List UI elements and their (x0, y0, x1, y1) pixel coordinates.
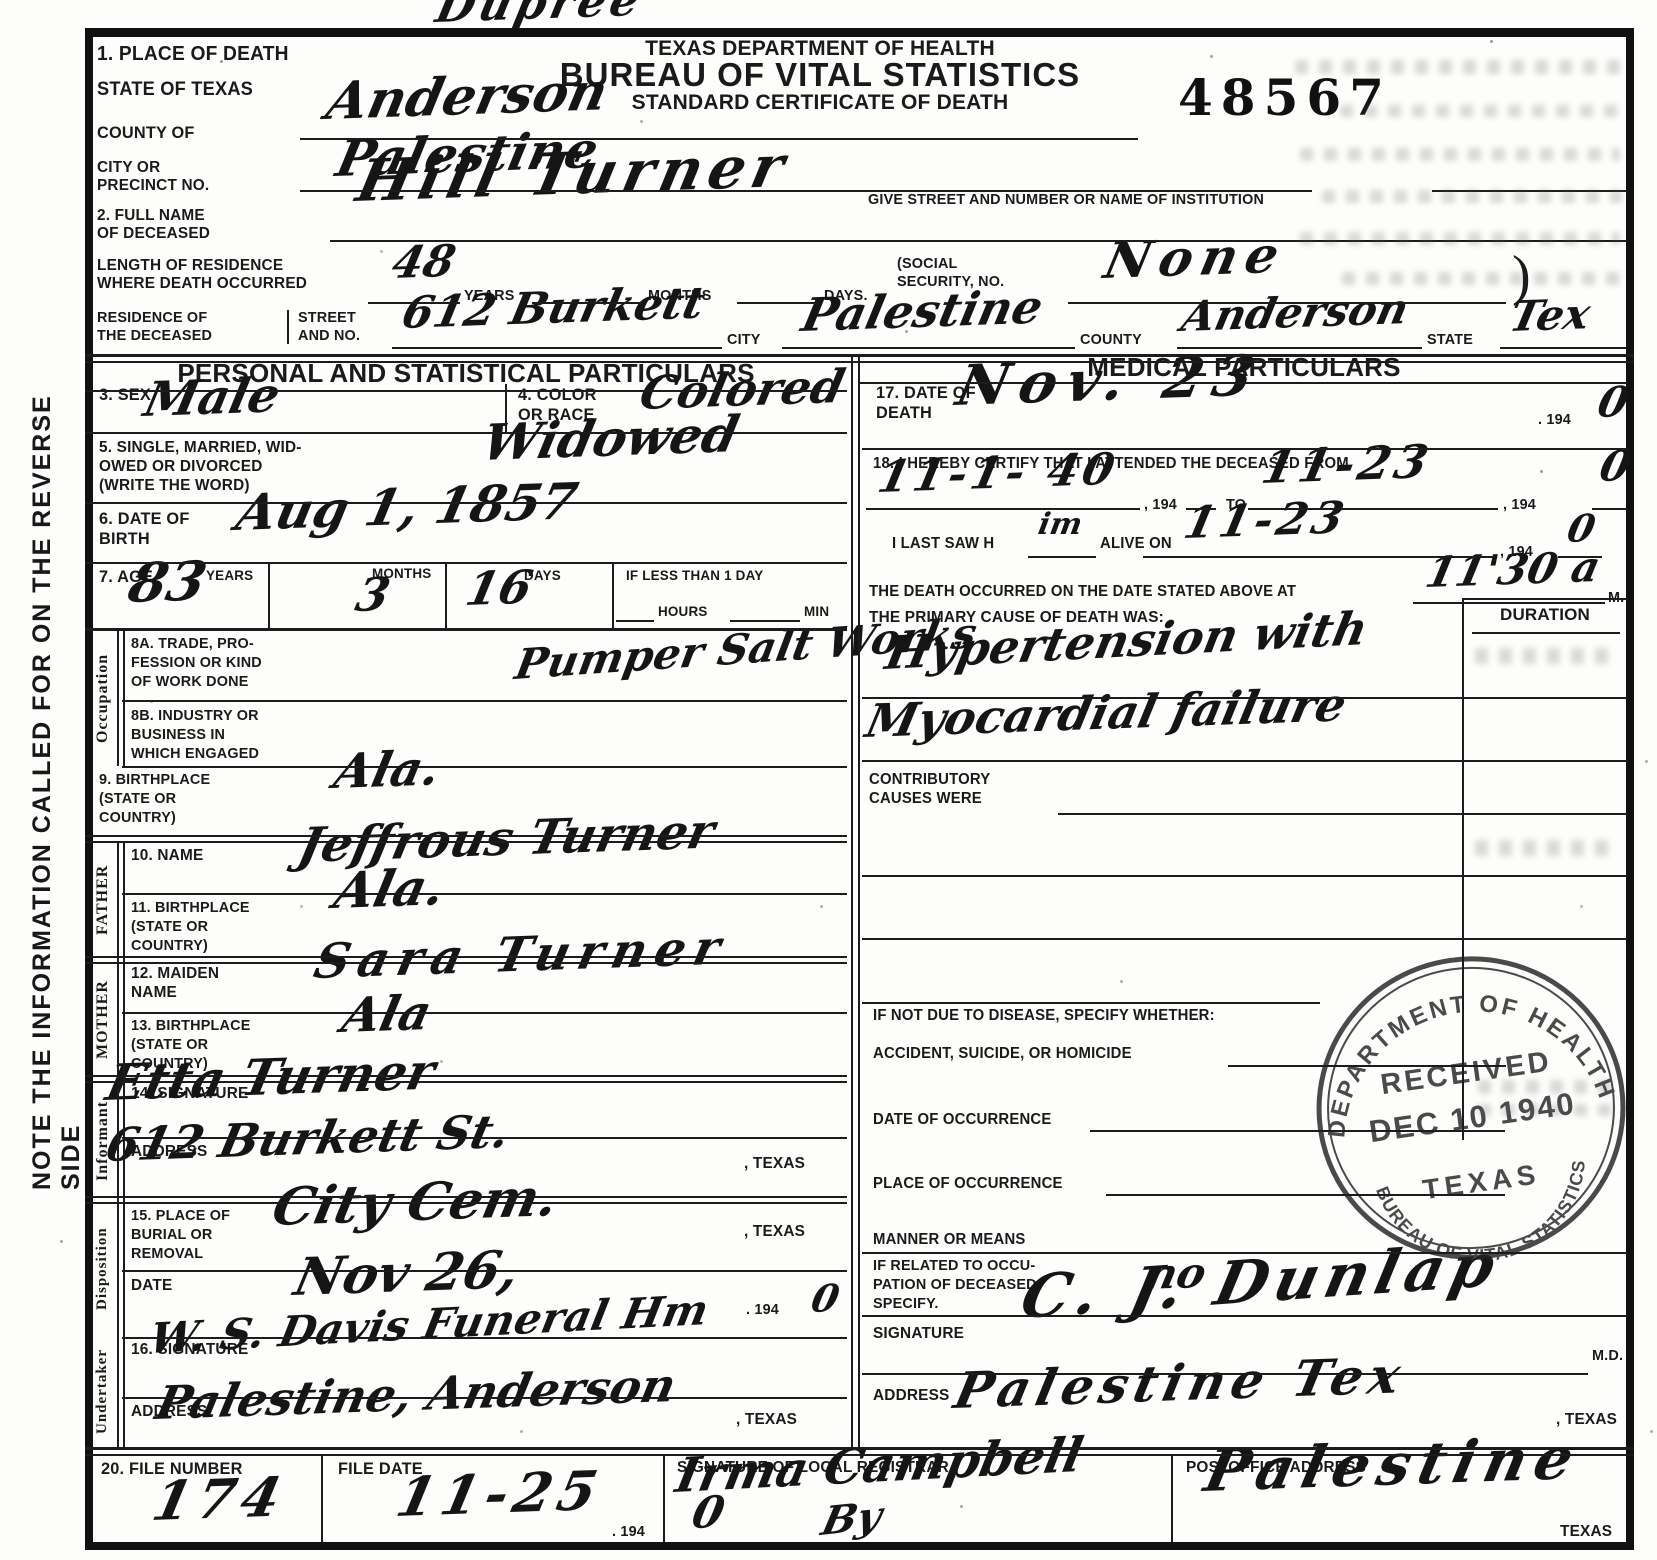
form-border-bottom (85, 1542, 1634, 1550)
rule-line (1028, 556, 1096, 558)
fullname-label-line1: 2. FULL NAME (97, 208, 205, 225)
marital-label-line3: (WRITE THE WORD) (99, 478, 250, 495)
state-of-texas-label: STATE OF TEXAS (97, 80, 253, 100)
mother-name-label-line2: NAME (131, 985, 177, 1002)
rule-line (123, 628, 125, 766)
smudge (1322, 190, 1622, 203)
rule-line (268, 562, 270, 628)
rule-line (122, 700, 847, 702)
place-occurrence-label: PLACE OF OCCURRENCE (873, 1176, 1063, 1192)
occupation-group-label: Occupation (94, 634, 118, 762)
rule-line (85, 962, 847, 964)
form-border-top (85, 28, 1634, 37)
lastsaw-label-1: I LAST SAW H (892, 536, 994, 552)
marital-label-line1: 5. SINGLE, MARRIED, WID- (99, 440, 302, 457)
rule-line (1090, 1130, 1505, 1132)
rule-line (85, 432, 847, 434)
dod-194-label: . 194 (1538, 412, 1571, 428)
father-bp-value-handwriting: Ala. (330, 862, 449, 916)
dob-label-line2: BIRTH (99, 530, 150, 548)
undertaker-texas-label: , TEXAS (736, 1412, 797, 1429)
certificate-number: 48567 (1178, 68, 1392, 127)
rule-line (663, 1454, 665, 1542)
trade-label-line2: FESSION OR KIND (131, 655, 262, 671)
rule-line (85, 1196, 847, 1198)
father-bp-label-line2: (STATE OR (131, 919, 208, 935)
rule-line (85, 841, 847, 843)
city2-value-handwriting: Palestine (798, 284, 1047, 338)
sex-value-handwriting: Male (140, 371, 284, 424)
residence-years-handwriting: 48 (388, 240, 459, 286)
smudge (1478, 1080, 1618, 1094)
disposition-year-handwriting: 0 (808, 1279, 843, 1318)
street-label-line2: AND NO. (298, 328, 360, 344)
color-label-line1: 4. COLOR (518, 386, 597, 404)
age-years-label: YEARS (206, 568, 253, 583)
rule-line (860, 382, 1628, 384)
related-label-line1: IF RELATED TO OCCU- (873, 1258, 1035, 1274)
smudge (1475, 648, 1615, 664)
rule-line (122, 1012, 847, 1014)
rule-line (862, 938, 1628, 940)
rule-line (287, 310, 289, 344)
related-label-line3: SPECIFY. (873, 1296, 939, 1312)
age-days-handwriting: 16 (462, 564, 536, 612)
registrar-signature-handwriting: Irma Campbell (672, 1431, 1087, 1500)
rule-line (392, 347, 722, 349)
rule-line (1143, 556, 1495, 558)
rule-line (85, 502, 847, 504)
fullname-label-line2: OF DECEASED (97, 226, 210, 243)
rule-line (122, 1270, 847, 1272)
residence-of-label-line2: THE DECEASED (97, 328, 212, 344)
rule-line (321, 1454, 323, 1542)
smudge (1475, 840, 1615, 856)
disposition-group-label: Disposition (94, 1208, 118, 1330)
rule-line (1413, 602, 1605, 604)
sex-label: 3. SEX (99, 386, 151, 404)
ifnot-label: IF NOT DUE TO DISEASE, SPECIFY WHETHER: (873, 1008, 1215, 1024)
birthplace9-label-line3: COUNTRY) (99, 810, 176, 826)
date-occurrence-label: DATE OF OCCURRENCE (873, 1112, 1051, 1128)
contributory-label-line2: CAUSES WERE (869, 791, 982, 807)
rule-line (117, 841, 119, 1447)
residence-length-label-line2: WHERE DEATH OCCURRED (97, 276, 307, 293)
duration-label: DURATION (1462, 606, 1628, 624)
undertaker-address-handwriting: Palestine, Anderson (152, 1362, 680, 1426)
burial-label-line2: BURIAL OR (131, 1227, 212, 1243)
dob-label-line1: 6. DATE OF (99, 510, 189, 528)
institution-note-label: GIVE STREET AND NUMBER OR NAME OF INSTIT… (868, 192, 1264, 208)
rule-line (1472, 632, 1620, 634)
smudge (1340, 105, 1625, 117)
disposition-date-handwriting: Nov 26, (290, 1244, 524, 1304)
rule-line (737, 302, 819, 304)
mother-name-label-line1: 12. MAIDEN (131, 966, 219, 983)
rule-line (1177, 347, 1422, 349)
physician-address-label: ADDRESS (873, 1388, 949, 1405)
file-number-handwriting: 174 (148, 1469, 291, 1528)
burial-texas-label: , TEXAS (744, 1224, 805, 1241)
rule-line (862, 1315, 1628, 1317)
rule-line (85, 1081, 847, 1083)
certify-194b-label: , 194 (1503, 497, 1536, 513)
lastsaw-label-2: ALIVE ON (1100, 536, 1172, 552)
father-bp-label-line3: COUNTRY) (131, 938, 208, 954)
rule-line (1186, 508, 1216, 510)
rule-line (851, 354, 853, 1449)
death-time-handwriting: 11'30 a (1422, 546, 1604, 594)
rule-line (505, 384, 507, 432)
rule-line (300, 190, 1312, 192)
hours-label: HOURS (658, 604, 708, 619)
lastsaw-date-handwriting: 11-23 (1180, 496, 1351, 546)
state2-value-handwriting: Tex (1506, 293, 1594, 338)
smudge (1295, 60, 1625, 74)
dod-label-line2: DEATH (876, 404, 932, 422)
registrar-by-handwriting: By (818, 1496, 885, 1542)
county2-label: COUNTY (1080, 332, 1142, 348)
smudge (1342, 272, 1622, 285)
cause2-handwriting: Myocardial failure (862, 681, 1351, 744)
undertaker-group-label: Undertaker (94, 1342, 118, 1442)
rule-line (445, 562, 447, 628)
rule-line (122, 1397, 847, 1399)
min-label: MIN (804, 604, 829, 619)
undertaker-signature-handwriting: W. S. Davis Funeral Hm (146, 1289, 712, 1360)
place-of-death-label: 1. PLACE OF DEATH (97, 44, 289, 65)
rule-line (862, 1252, 1628, 1254)
margin-note: NOTE THE INFORMATION CALLED FOR ON THE R… (28, 330, 86, 1190)
city-label-line2: PRECINCT NO. (97, 178, 209, 195)
rule-line (300, 138, 1138, 140)
file-date-handwriting: 11-25 (392, 1463, 608, 1524)
state2-label: STATE (1427, 332, 1473, 348)
rule-line (866, 508, 1140, 510)
rule-line (612, 562, 614, 628)
street-label-line1: STREET (298, 310, 356, 326)
county2-value-handwriting: Anderson (1178, 288, 1412, 338)
residence-length-label-line1: LENGTH OF RESIDENCE (97, 258, 283, 275)
father-bp-label-line1: 11. BIRTHPLACE (131, 900, 250, 916)
if-less-than-day-label: IF LESS THAN 1 DAY (626, 568, 763, 583)
county-value-handwriting: Anderson (322, 66, 612, 128)
marital-label-line2: OWED OR DIVORCED (99, 459, 263, 476)
industry-label-line1: 8B. INDUSTRY OR (131, 708, 259, 724)
mother-name-handwriting: Sara Turner (310, 924, 733, 986)
accident-label: ACCIDENT, SUICIDE, OR HOMICIDE (873, 1046, 1132, 1062)
birthplace9-label-line2: (STATE OR (99, 791, 176, 807)
postoffice-value-handwriting: Palestine (1200, 1429, 1587, 1500)
residence-of-label-line1: RESIDENCE OF (97, 310, 207, 326)
rule-line (730, 620, 800, 622)
burial-label-line3: REMOVAL (131, 1246, 203, 1262)
informant-texas-label: , TEXAS (744, 1156, 805, 1173)
disposition-194-label: . 194 (746, 1302, 779, 1318)
rule-line (862, 760, 1628, 762)
trade-label-line3: OF WORK DONE (131, 674, 249, 690)
disposition-date-label: DATE (131, 1278, 172, 1295)
top-index-scrawl-handwriting: Dupree (432, 0, 647, 30)
rule-line (1500, 347, 1626, 349)
rule-line (862, 448, 1628, 450)
scan-noise (0, 0, 3, 3)
age-months-handwriting: 3 (352, 571, 394, 618)
contributory-label-line1: CONTRIBUTORY (869, 772, 990, 788)
rule-line (616, 620, 654, 622)
mother-bp-value-handwriting: Ala (338, 989, 436, 1040)
rule-line (1558, 556, 1602, 558)
death-certificate-scan: Dupree NOTE THE INFORMATION CALLED FOR O… (0, 0, 1657, 1560)
marital-value-handwriting: Widowed (478, 409, 743, 468)
rule-line (117, 628, 119, 766)
rule-line (123, 841, 125, 1447)
rule-line (862, 1373, 1588, 1375)
fullname-value-handwriting: Hill Turner (352, 137, 795, 210)
smudge (1478, 1104, 1618, 1116)
ssn-value-handwriting: None (1100, 230, 1291, 286)
father-group-label: FATHER (94, 848, 118, 952)
physician-address-handwriting: Palestine Tex (950, 1350, 1411, 1416)
city-label-line1: CITY OR (97, 160, 160, 177)
rule-line (532, 302, 642, 304)
rule-line (85, 628, 847, 631)
dob-value-handwriting: Aug 1, 1857 (232, 476, 582, 538)
rule-line (85, 1075, 847, 1077)
rule-line (122, 1137, 847, 1139)
rule-line (858, 354, 860, 1449)
informant-signature-handwriting: Etta Turner (102, 1047, 439, 1108)
lastsaw-im-handwriting: im (1036, 510, 1084, 540)
father-name-label: 10. NAME (131, 848, 203, 865)
postoffice-texas-label: TEXAS (1560, 1524, 1612, 1541)
rule-line (862, 1002, 1320, 1004)
industry-label-line2: BUSINESS IN (131, 727, 225, 743)
rule-line (85, 562, 847, 564)
rule-line (1058, 813, 1628, 815)
rule-line (1592, 508, 1628, 510)
rule-line (1068, 302, 1506, 304)
birthplace9-label-line1: 9. BIRTHPLACE (99, 772, 210, 788)
rule-line (862, 875, 1628, 877)
file-194-label: . 194 (612, 1524, 645, 1540)
rule-line (1462, 598, 1628, 600)
ssn-label-line1: (SOCIAL (897, 256, 958, 272)
manner-means-label: MANNER OR MEANS (873, 1232, 1026, 1248)
form-border-right (1626, 28, 1634, 1550)
md-label: M.D. (1592, 1348, 1623, 1364)
trade-label-line1: 8A. TRADE, PRO- (131, 636, 254, 652)
rule-line (1248, 508, 1498, 510)
rule-line (1228, 1065, 1506, 1067)
rule-line (85, 390, 847, 392)
mother-bp-label-line1: 13. BIRTHPLACE (131, 1018, 251, 1034)
related-label-line2: PATION OF DECEASED, (873, 1277, 1041, 1293)
stamp-texas-text: TEXAS (1421, 1158, 1543, 1205)
birthplace9-value-handwriting: Ala. (330, 744, 444, 796)
rule-line (1462, 598, 1464, 1140)
rule-line (782, 347, 1075, 349)
burial-label-line1: 15. PLACE OF (131, 1208, 230, 1224)
attended-from-handwriting: 11-1- 40 (874, 448, 1122, 500)
rule-line (122, 1337, 847, 1339)
dod-value-handwriting: Nov. 23 (952, 347, 1269, 414)
rule-line (85, 1202, 847, 1204)
smudge (1300, 232, 1620, 245)
street-value-handwriting: 612 Burkett (398, 282, 709, 336)
certify-194a-label: , 194 (1144, 497, 1177, 513)
rule-line (1171, 1454, 1173, 1542)
form-border-left (85, 28, 93, 1550)
rule-line (862, 697, 1628, 699)
smudge (1300, 148, 1620, 161)
industry-label-line3: WHICH ENGAGED (131, 746, 259, 762)
death-occurred-label: THE DEATH OCCURRED ON THE DATE STATED AB… (869, 584, 1296, 600)
rule-line (1106, 1194, 1505, 1196)
county-label: COUNTY OF (97, 124, 195, 142)
attended-to-handwriting: 11-23 (1258, 438, 1436, 490)
rule-line (85, 1454, 1634, 1456)
rule-line (85, 956, 847, 958)
city2-label: CITY (727, 332, 761, 348)
physician-signature-label: SIGNATURE (873, 1326, 964, 1343)
rule-line (85, 835, 847, 837)
rule-line (368, 302, 460, 304)
rule-line (122, 893, 847, 895)
rule-line (122, 766, 847, 768)
